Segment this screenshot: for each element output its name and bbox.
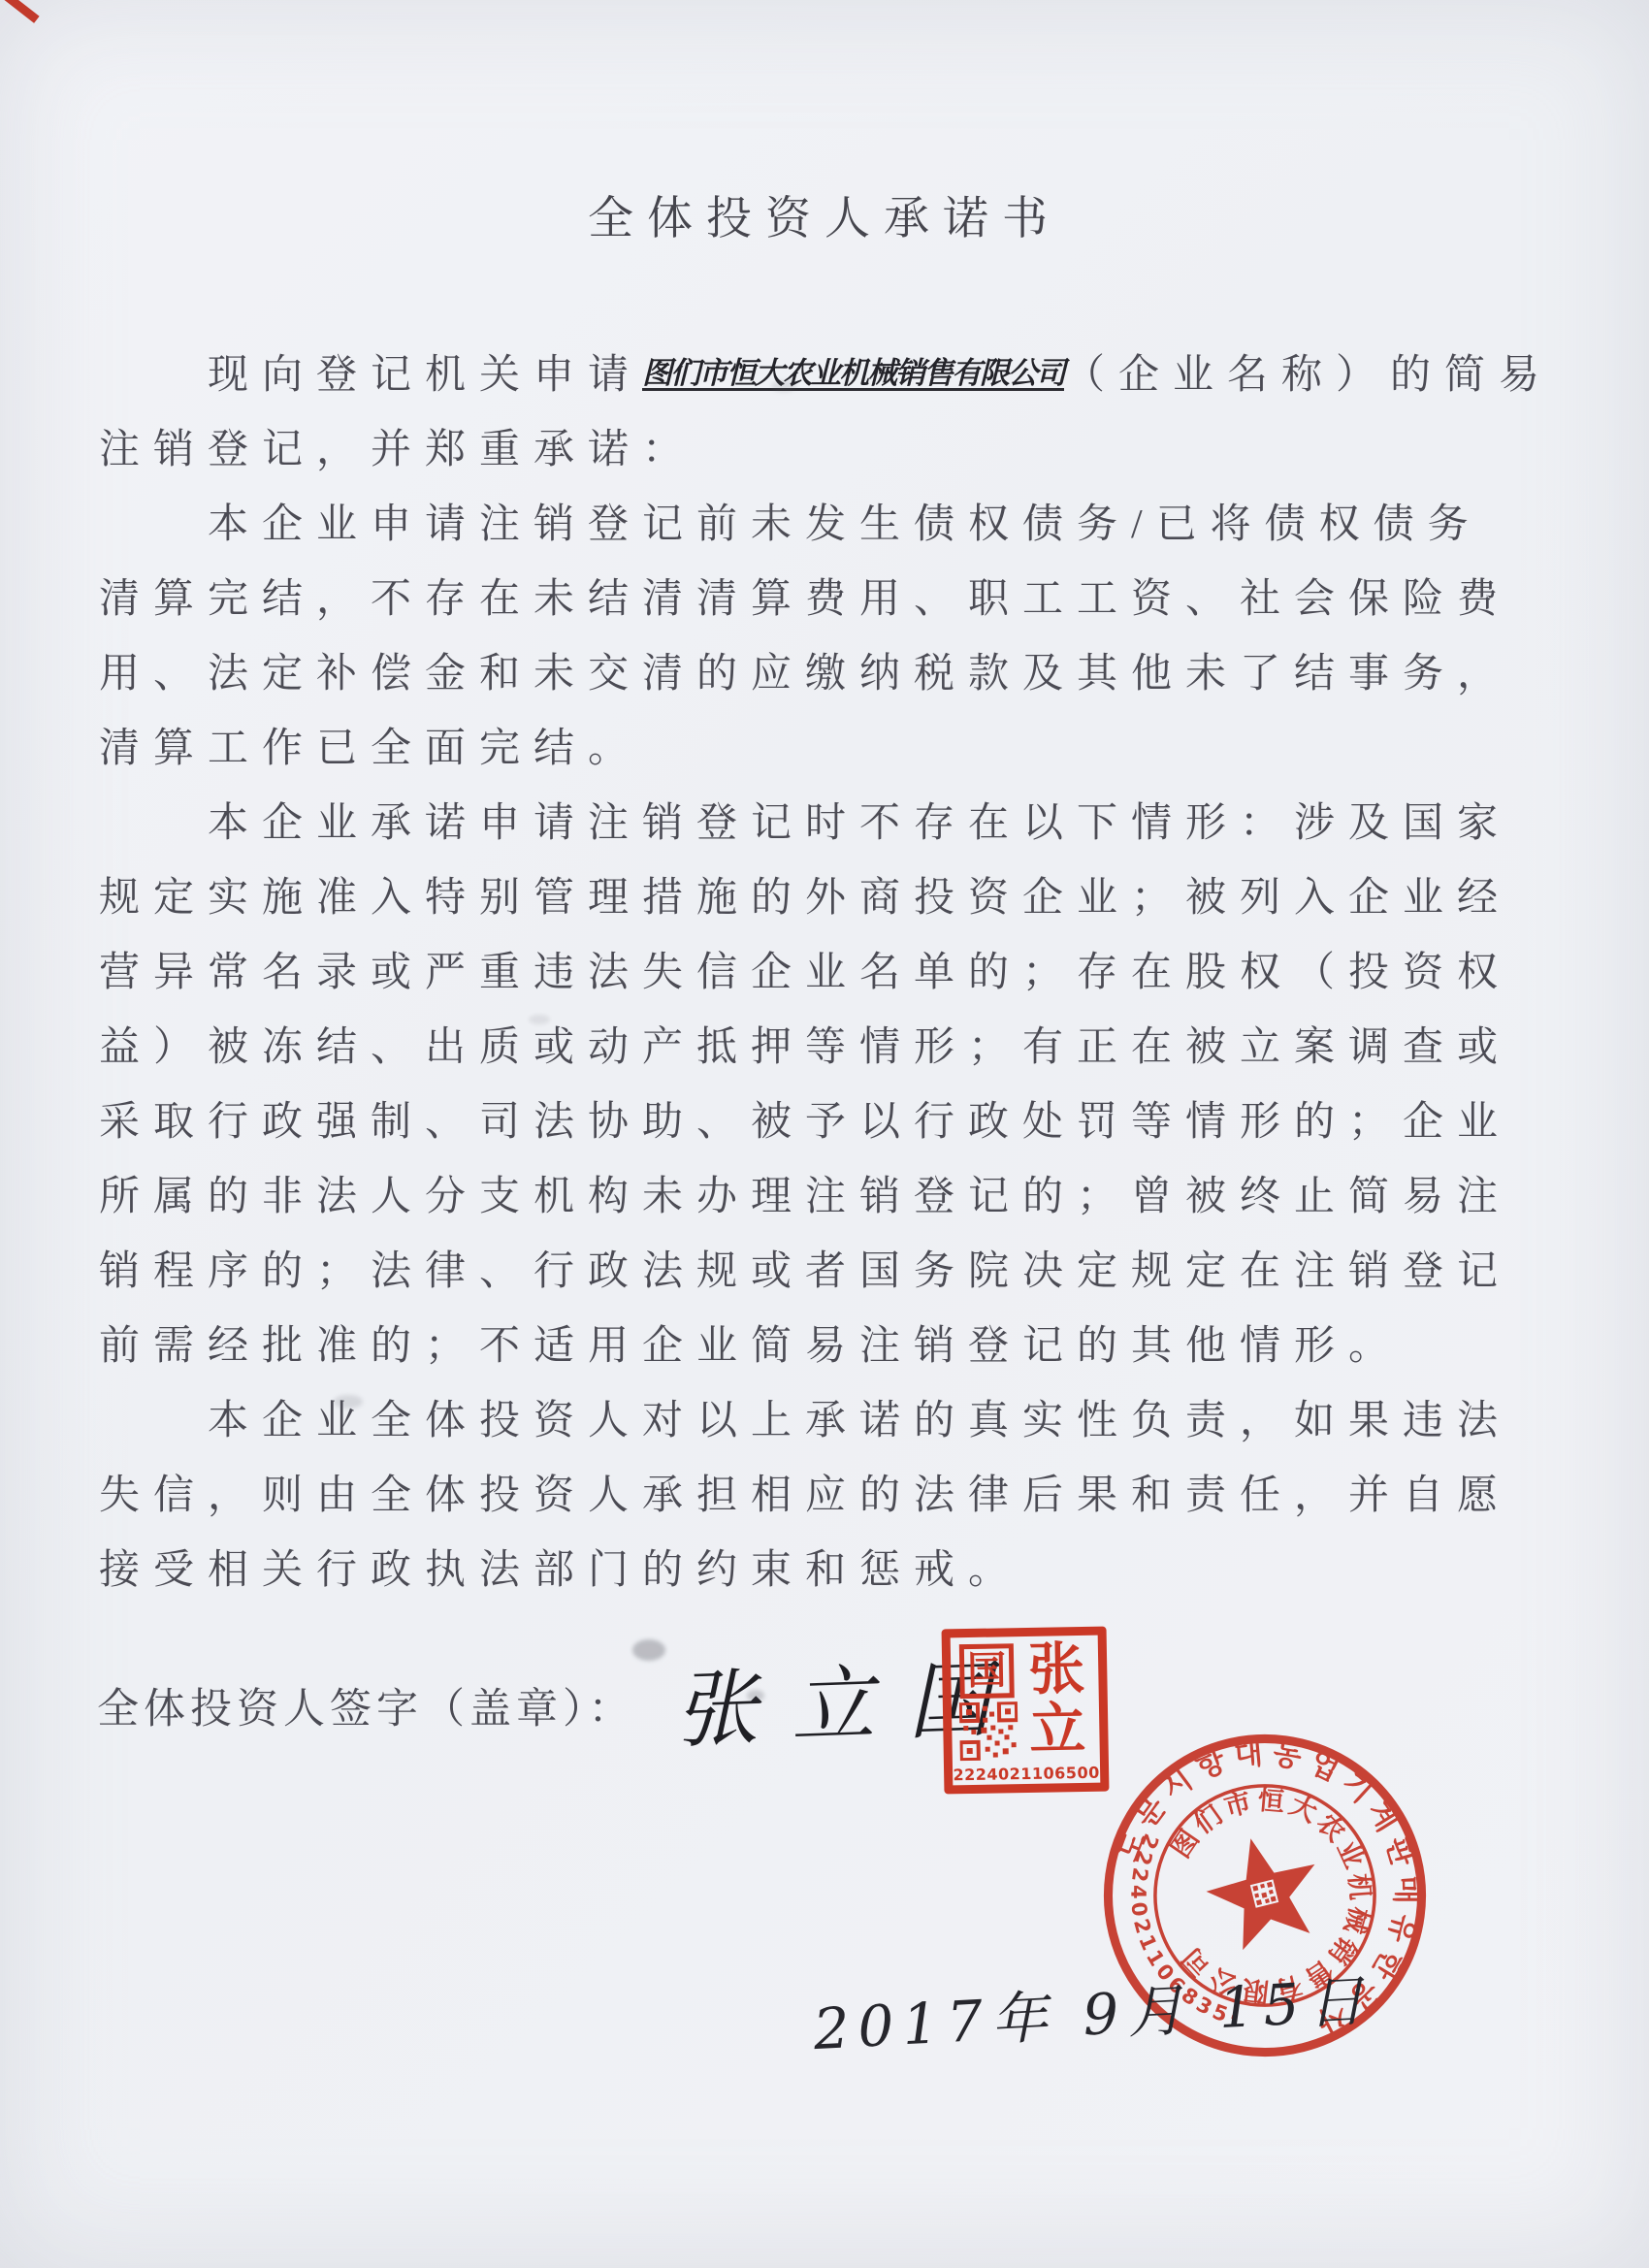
scan-smudge: [747, 1690, 764, 1701]
body-line: 现向登记机关申请图们市恒大农业机械销售有限公司（企业名称）的简易: [99, 339, 1564, 413]
scan-smudge: [771, 380, 796, 392]
body-line: 失信，则由全体投资人承担相应的法律后果和责任，并自愿: [99, 1459, 1564, 1534]
seal-char-guo: 国: [959, 1643, 1015, 1699]
body-line: 所属的非法人分支机构未办理注销登记的；曾被终止简易注: [99, 1160, 1564, 1235]
scan-smudge: [529, 1015, 550, 1024]
p1-pre-text: 现向登记机关申请: [208, 353, 642, 398]
body-line: 注销登记，并郑重承诺：: [99, 413, 1564, 488]
body-line: 营异常名录或严重违法失信企业名单的；存在股权（投资权: [99, 936, 1564, 1011]
body-line: 用、法定补偿金和未交清的应缴纳税款及其他未了结事务，: [99, 637, 1564, 712]
seal-char-zhang: 张: [1022, 1637, 1091, 1701]
qr-code-icon: [959, 1701, 1018, 1761]
body-line: 销程序的；法律、行政法规或者国务院决定规定在注销登记: [99, 1235, 1564, 1310]
scanned-document-page: 全体投资人承诺书 现向登记机关申请图们市恒大农业机械销售有限公司（企业名称）的简…: [0, 0, 1649, 2268]
body-line: 接受相关行政执法部门的约束和惩戒。: [99, 1534, 1564, 1608]
scan-smudge: [632, 1639, 665, 1661]
scan-smudge: [334, 1395, 363, 1409]
body-line: 清算完结，不存在未结清清算费用、职工工资、社会保险费: [99, 563, 1564, 637]
body-line: 规定实施准入特别管理措施的外商投资企业；被列入企业经: [99, 861, 1564, 936]
signature-label: 全体投资人签字（盖章）：: [97, 1676, 635, 1735]
body-line: 清算工作已全面完结。: [99, 712, 1564, 787]
document-body: 现向登记机关申请图们市恒大农业机械销售有限公司（企业名称）的简易 注销登记，并郑…: [99, 339, 1564, 1608]
body-line: 采取行政强制、司法协助、被予以行政处罚等情形的；企业: [99, 1085, 1564, 1160]
body-line: 本企业申请注销登记前未发生债权债务/已将债权债务: [99, 488, 1564, 563]
body-line: 本企业全体投资人对以上承诺的真实性负责，如果违法: [99, 1384, 1564, 1459]
handwritten-company-name: 图们市恒大农业机械销售有限公司: [642, 358, 1064, 391]
body-line: 益）被冻结、出质或动产抵押等情形；有正在被立案调查或: [99, 1011, 1564, 1085]
body-line: 本企业承诺申请注销登记时不存在以下情形：涉及国家: [99, 787, 1564, 861]
p1-post-text: （企业名称）的简易: [1064, 353, 1553, 398]
document-title: 全体投资人承诺书: [0, 182, 1649, 247]
body-line: 前需经批准的；不适用企业简易注销登记的其他情形。: [99, 1310, 1564, 1384]
scan-corner-artifact: [0, 0, 40, 23]
